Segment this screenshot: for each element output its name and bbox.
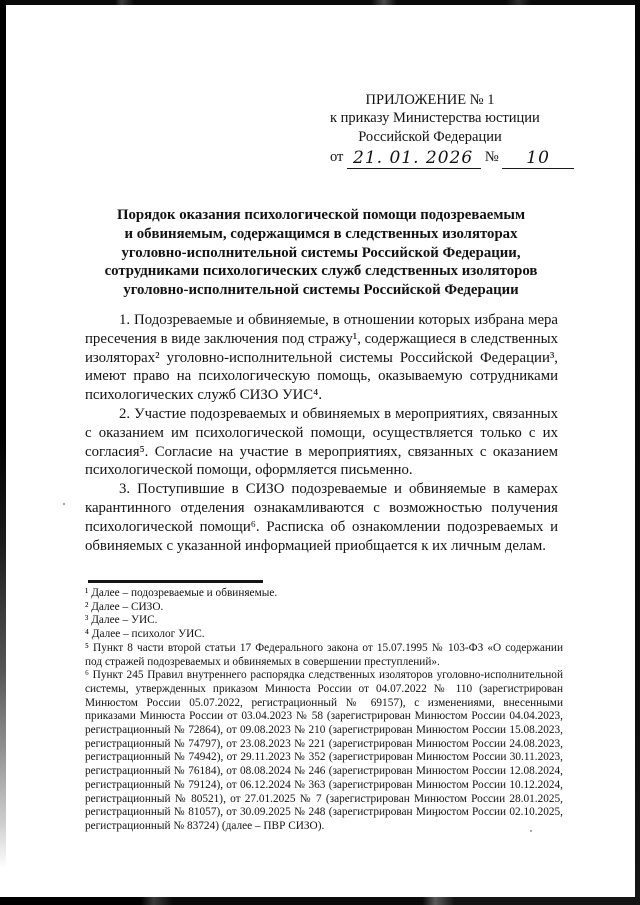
scan-speck xyxy=(435,815,438,817)
title-line-2: и обвиняемым, содержащимся в следственны… xyxy=(84,225,558,244)
footnote-4: ⁴ Далее – психолог УИС. xyxy=(85,628,563,642)
paragraph-2: 2. Участие подозреваемых и обвиняемых в … xyxy=(85,405,558,480)
scan-speck xyxy=(530,830,532,832)
footnote-1: ¹ Далее – подозреваемые и обвиняемые. xyxy=(85,587,563,601)
paragraph-3: 3. Поступившие в СИЗО подозреваемые и об… xyxy=(85,480,558,555)
number-sign-label: № xyxy=(485,149,499,165)
scan-edge-right xyxy=(635,0,640,905)
scan-edge-top xyxy=(0,0,640,5)
title-line-3: уголовно-исполнительной системы Российск… xyxy=(84,244,558,263)
scanned-document-page: ПРИЛОЖЕНИЕ № 1 к приказу Министерства юс… xyxy=(0,0,640,905)
footnote-2: ² Далее – СИЗО. xyxy=(85,601,563,615)
paragraph-1: 1. Подозреваемые и обвиняемые, в отношен… xyxy=(85,311,558,405)
header-order-line: к приказу Министерства юстиции xyxy=(330,109,530,127)
title-line-5: уголовно-исполнительной системы Российск… xyxy=(84,281,558,300)
footnotes-section: ¹ Далее – подозреваемые и обвиняемые. ² … xyxy=(85,587,563,834)
scan-speck xyxy=(63,503,65,505)
footnote-3: ³ Далее – УИС. xyxy=(85,614,563,628)
scan-edge-left xyxy=(0,0,6,905)
footnote-6: ⁶ Пункт 245 Правил внутреннего распорядк… xyxy=(85,669,563,833)
title-line-1: Порядок оказания психологической помощи … xyxy=(84,206,558,225)
header-federation-line: Российской Федерации xyxy=(330,128,530,146)
title-line-4: сотрудниками психологических служб следс… xyxy=(84,262,558,281)
appendix-header: ПРИЛОЖЕНИЕ № 1 к приказу Министерства юс… xyxy=(330,91,530,169)
document-body: 1. Подозреваемые и обвиняемые, в отношен… xyxy=(85,311,558,555)
scan-edge-bottom xyxy=(0,897,640,905)
appendix-label: ПРИЛОЖЕНИЕ № 1 xyxy=(330,91,530,109)
date-number-line: от 21. 01. 2026 № 10 xyxy=(330,148,530,169)
footnote-5: ⁵ Пункт 8 части второй статьи 17 Федерал… xyxy=(85,642,563,669)
handwritten-date: 21. 01. 2026 xyxy=(347,150,481,169)
handwritten-number: 10 xyxy=(502,150,574,169)
date-prefix-label: от xyxy=(330,149,343,165)
footnote-separator xyxy=(88,580,263,583)
document-title: Порядок оказания психологической помощи … xyxy=(84,206,558,300)
